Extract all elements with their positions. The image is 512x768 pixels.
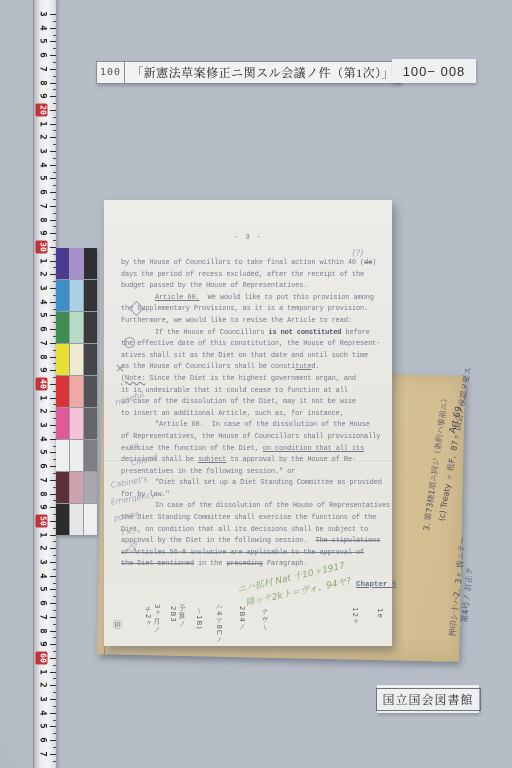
archival-photo: 3456789201234567893012345678940123456789… [0, 0, 512, 768]
half-cm-tick [53, 117, 56, 118]
typed-line: by the House of Councillors to take fina… [121, 258, 389, 270]
typed-segment: in case of the dissolution of the Diet, … [121, 398, 356, 406]
typed-segment: before [341, 329, 369, 337]
cm-tick [50, 644, 56, 645]
cm-number: 9 [36, 227, 48, 240]
cm-tick [50, 69, 56, 70]
vertical-note: 〜1B) [194, 607, 204, 630]
half-cm-tick [53, 761, 56, 762]
half-cm-tick [53, 103, 56, 104]
typed-line: the Supplementary Provisions, as it is a… [121, 304, 389, 316]
color-patch [70, 440, 83, 471]
half-cm-tick [53, 541, 56, 542]
typed-segment: of Articles 56-8 inclusive are applicabl… [121, 549, 364, 557]
typed-line: decisions shall be subject to approval b… [121, 455, 389, 467]
cm-number: 7 [36, 747, 48, 760]
cm-tick [50, 699, 56, 700]
cm-tick [50, 233, 56, 234]
typed-segment: subject [198, 456, 226, 464]
cm-number: 6 [36, 597, 48, 610]
half-cm-tick [53, 89, 56, 90]
pencil-note: (?) [352, 249, 364, 259]
typed-segment: Article 60. [155, 294, 200, 302]
typed-segment: preceding [226, 560, 262, 568]
typed-line: to insert an additional Article, such as… [121, 409, 389, 421]
cm-number: 5 [36, 172, 48, 185]
color-patch [84, 440, 97, 471]
cm-number: 7 [36, 199, 48, 212]
cm-number: 4 [36, 295, 48, 308]
vertical-note: 3ヶ月ノ [152, 604, 162, 633]
vertical-note: 12ヶ [350, 607, 360, 626]
cm-number: 5 [36, 309, 48, 322]
color-patch [56, 344, 69, 375]
half-cm-tick [53, 747, 56, 748]
color-patch [56, 248, 69, 279]
library-name: 国立国会図書館 [376, 688, 481, 711]
catalog-label: 100 「新憲法草案修正ニ関スル会議ノ件（第1次）」 [96, 61, 401, 84]
cm-number: 1 [36, 117, 48, 130]
typed-segment: Since the Diet is the highest government… [145, 375, 356, 383]
cm-number: 4 [36, 569, 48, 582]
cm-tick [50, 631, 56, 632]
x-mark: × [115, 361, 125, 375]
typed-line: the effective date of this constitution,… [121, 339, 389, 351]
typed-segment: presentatives in the following session."… [121, 468, 295, 476]
cm-tick [50, 658, 56, 659]
cm-tick [50, 754, 56, 755]
typed-line: as the House of Councillors shall be con… [121, 362, 389, 374]
half-cm-tick [53, 240, 56, 241]
typed-segment: it is undesirable that it could cease to… [121, 387, 348, 395]
cm-tick [50, 110, 56, 111]
typed-line: atives shall sit as the Diet on that dat… [121, 351, 389, 363]
cm-number: 3 [36, 693, 48, 706]
typed-line: budget passed by the House of Representa… [121, 281, 389, 293]
half-cm-tick [53, 144, 56, 145]
cm-tick [50, 713, 56, 714]
vertical-note: ハ4ツ8Cノ [214, 603, 224, 644]
half-cm-tick [53, 555, 56, 556]
cm-number: 1 [36, 528, 48, 541]
vertical-note: 2B4ノ [237, 606, 247, 631]
half-cm-tick [53, 62, 56, 63]
cm-number: 7 [36, 62, 48, 75]
color-patch [56, 376, 69, 407]
color-patch [84, 280, 97, 311]
cm-number: 1 [36, 665, 48, 678]
half-cm-tick [53, 692, 56, 693]
color-patch [70, 376, 83, 407]
half-cm-tick [53, 651, 56, 652]
half-cm-tick [53, 21, 56, 22]
cm-tick [50, 672, 56, 673]
typed-segment: by the House of Councillors to take fina… [121, 259, 364, 267]
color-patch [56, 408, 69, 439]
typed-line: (Note: Since the Diet is the highest gov… [121, 374, 389, 386]
cm-number: 9 [36, 501, 48, 514]
color-patch [56, 440, 69, 471]
typed-line: of Articles 56-8 inclusive are applicabl… [121, 548, 389, 560]
cm-number: 5 [36, 35, 48, 48]
typed-lines: by the House of Councillors to take fina… [121, 258, 389, 571]
typed-segment: of Representatives, the House of Council… [121, 433, 380, 441]
typed-line: If the House of Councillors is not const… [121, 328, 389, 340]
typed-segment: approval by the Diet in the following se… [121, 537, 315, 545]
half-cm-tick [53, 48, 56, 49]
cm-number: 3 [36, 282, 48, 295]
typed-segment: on condition that all its [263, 445, 364, 453]
cm-tick [50, 589, 56, 590]
cm-tick [50, 41, 56, 42]
cm-number: 6 [36, 186, 48, 199]
cm-number: 3 [36, 419, 48, 432]
typed-line: In case of the dissolution of the House … [121, 501, 389, 513]
color-patch [84, 344, 97, 375]
color-patch [84, 248, 97, 279]
half-cm-tick [53, 226, 56, 227]
cm-number: 30 [36, 240, 48, 253]
half-cm-tick [53, 130, 56, 131]
vertical-note: 2B3 [169, 606, 177, 623]
cm-tick [50, 206, 56, 207]
color-patch [70, 504, 83, 535]
cm-number: 6 [36, 323, 48, 336]
typed-line: exercise the function of the Diet, on co… [121, 444, 389, 456]
cm-number: 20 [36, 103, 48, 116]
cm-number: 7 [36, 473, 48, 486]
cm-tick [50, 685, 56, 686]
color-patch [84, 472, 97, 503]
typed-line: Article 60. We would like to put this pr… [121, 293, 389, 305]
cm-number: 60 [36, 651, 48, 664]
cm-tick [50, 220, 56, 221]
typed-line: of Representatives, the House of Council… [121, 432, 389, 444]
typed-segment: is not constituted [268, 329, 341, 337]
half-cm-tick [53, 35, 56, 36]
half-cm-tick [53, 706, 56, 707]
cm-number: 2 [36, 542, 48, 555]
cm-number: 3 [36, 145, 48, 158]
half-cm-tick [53, 199, 56, 200]
cm-tick [50, 603, 56, 604]
typed-line: Furthermore, we would like to revise the… [121, 316, 389, 328]
cm-number: 8 [36, 76, 48, 89]
typed-line: days the period of recess excluded, afte… [121, 270, 389, 282]
catalog-number: 100 [96, 61, 124, 84]
color-patch [84, 312, 97, 343]
cm-tick [50, 28, 56, 29]
cm-number: 1 [36, 254, 48, 267]
typed-line: approval by the Diet in the following se… [121, 536, 389, 548]
typed-segment: days the period of recess excluded, afte… [121, 271, 364, 279]
typed-segment: "Diet shall set up a Diet Standing Commi… [155, 479, 382, 487]
cm-number: 4 [36, 432, 48, 445]
cm-tick [50, 178, 56, 179]
color-patch [84, 408, 97, 439]
vertical-note: ナヴ〜 [260, 608, 270, 632]
cm-number: 2 [36, 268, 48, 281]
color-calibration-chart [56, 248, 97, 535]
half-cm-tick [53, 610, 56, 611]
typed-segment: as the House of Councillors shall be con… [121, 363, 295, 371]
half-cm-tick [53, 158, 56, 159]
typed-segment: ) [372, 259, 376, 267]
cm-tick [50, 124, 56, 125]
vertical-note: 1e [376, 608, 384, 619]
cm-number: 8 [36, 487, 48, 500]
color-patch [84, 504, 97, 535]
page-code-label: 100− 008 [392, 59, 476, 83]
typed-segment: (Note: [121, 375, 145, 383]
color-patch [56, 280, 69, 311]
cm-number: 9 [36, 90, 48, 103]
cm-number: 6 [36, 49, 48, 62]
document-title: 「新憲法草案修正ニ関スル会議ノ件（第1次）」 [124, 61, 401, 84]
typed-line: in case of the dissolution of the Diet, … [121, 397, 389, 409]
cm-number: 9 [36, 638, 48, 651]
typed-segment: the Diet Standing Committee shall exerci… [121, 514, 376, 522]
color-patch [70, 344, 83, 375]
cm-number: 5 [36, 446, 48, 459]
color-patch [70, 248, 83, 279]
typed-line: "Diet shall set up a Diet Standing Commi… [121, 478, 389, 490]
cm-number: 3 [36, 8, 48, 21]
half-cm-tick [53, 733, 56, 734]
color-patch [84, 376, 97, 407]
typed-line: presentatives in the following session."… [121, 467, 389, 479]
cm-tick [50, 83, 56, 84]
half-cm-tick [53, 185, 56, 186]
typed-segment: to approval by the House of Re- [226, 456, 356, 464]
typed-line: Diet, on condition that all its decision… [121, 525, 389, 537]
cm-tick [50, 617, 56, 618]
typed-segment: de [364, 259, 372, 267]
typed-segment: If the House of Councillors [155, 329, 268, 337]
cm-number: 2 [36, 131, 48, 144]
half-cm-tick [53, 213, 56, 214]
typed-segment: tute [295, 363, 311, 371]
typed-segment: the Diet mentioned [121, 560, 194, 568]
half-cm-tick [53, 624, 56, 625]
half-cm-tick [53, 665, 56, 666]
cm-tick [50, 192, 56, 193]
cm-tick [50, 740, 56, 741]
color-patch [56, 312, 69, 343]
typed-segment: "Article 60. In case of the dissolution … [155, 421, 370, 429]
library-label: 国立国会図書館 [377, 685, 479, 713]
cm-number: 4 [36, 21, 48, 34]
cm-tick [50, 576, 56, 577]
cm-tick [50, 726, 56, 727]
typed-segment: in the [194, 560, 226, 568]
half-cm-tick [53, 583, 56, 584]
typed-line: it is undesirable that it could cease to… [121, 386, 389, 398]
cm-number: 7 [36, 336, 48, 349]
cm-number: 9 [36, 364, 48, 377]
typed-segment: The stipulations [315, 537, 380, 545]
typed-line: the Diet mentioned in the preceding Para… [121, 559, 389, 571]
cm-number: 4 [36, 158, 48, 171]
typed-segment: We would like to put this provision amon… [200, 294, 374, 302]
cm-number: 8 [36, 624, 48, 637]
typed-segment: Furthermore, we would like to revise the… [121, 317, 352, 325]
ruler: 3456789201234567893012345678940123456789… [33, 0, 56, 768]
typed-line: the Diet Standing Committee shall exerci… [121, 513, 389, 525]
cm-tick [50, 562, 56, 563]
cm-tick [50, 165, 56, 166]
color-patch [70, 312, 83, 343]
cm-number: 5 [36, 583, 48, 596]
half-cm-tick [53, 678, 56, 679]
chapter-footer: Chapter 5 [356, 581, 397, 589]
cm-number: 7 [36, 610, 48, 623]
cm-number: 4 [36, 706, 48, 719]
page-number: - 3 - [104, 234, 392, 242]
circle-mark [124, 337, 135, 348]
cm-number: 5 [36, 720, 48, 733]
typed-segment: exercise the function of the Diet, [121, 445, 263, 453]
typed-segment: budget passed by the House of Representa… [121, 282, 307, 290]
cm-number: 40 [36, 377, 48, 390]
half-cm-tick [53, 720, 56, 721]
cm-number: 50 [36, 514, 48, 527]
typed-line: "Article 60. In case of the dissolution … [121, 420, 389, 432]
cm-number: 8 [36, 213, 48, 226]
cm-tick [50, 548, 56, 549]
typed-segment: In case of the dissolution of the House … [155, 502, 390, 510]
half-cm-tick [53, 76, 56, 77]
cm-number: 3 [36, 556, 48, 569]
cm-number: 1 [36, 391, 48, 404]
cm-number: 6 [36, 460, 48, 473]
typed-segment: Diet, on condition that all its decision… [121, 526, 368, 534]
half-cm-tick [53, 172, 56, 173]
cm-number: 2 [36, 405, 48, 418]
typed-segment: d. [311, 363, 319, 371]
cm-tick [50, 137, 56, 138]
half-cm-tick [53, 596, 56, 597]
vertical-note: 予算ノ [177, 604, 187, 628]
typed-segment: the Supplementary Provisions, as it is a… [121, 305, 368, 313]
color-patch [70, 280, 83, 311]
cm-number: 8 [36, 350, 48, 363]
color-patch [56, 504, 69, 535]
cm-tick [50, 55, 56, 56]
vertical-note: ㊞ [110, 620, 123, 630]
cm-number: 2 [36, 679, 48, 692]
half-cm-tick [53, 637, 56, 638]
typed-segment: the effective date of this constitution,… [121, 340, 380, 348]
cm-tick [50, 96, 56, 97]
typed-segment: atives shall sit as the Diet on that dat… [121, 352, 368, 360]
color-patch [56, 472, 69, 503]
half-cm-tick [53, 569, 56, 570]
color-patch [70, 472, 83, 503]
typed-line: for by law." [121, 490, 389, 502]
cm-tick [50, 151, 56, 152]
typed-segment: to insert an additional Article, such as… [121, 410, 344, 418]
color-patch [70, 408, 83, 439]
cm-tick [50, 14, 56, 15]
cm-number: 6 [36, 734, 48, 747]
